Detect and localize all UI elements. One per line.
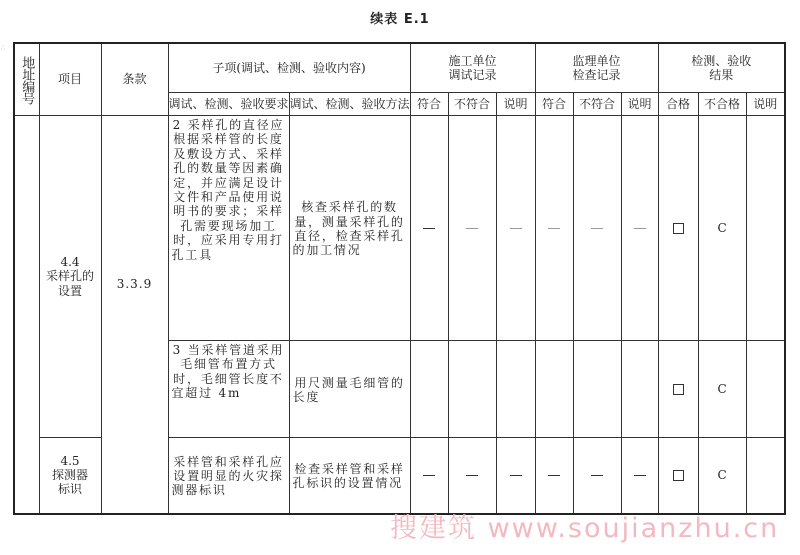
cell-result-fail: C: [698, 116, 746, 341]
cell-construction-note: [496, 116, 535, 341]
cell-result-note: [746, 116, 785, 341]
cell-address-no: [14, 116, 39, 514]
cell-result-pass[interactable]: [658, 341, 698, 438]
header-address-no-label: 地址编号: [20, 56, 33, 104]
cell-method: 检查采样管和采样孔标识的设置情况: [289, 438, 410, 514]
header-clause: 条款: [101, 43, 168, 116]
cell-supervision-conform: [535, 116, 573, 341]
cell-requirement: 2 采样孔的直径应根据采样管的长度及敷设方式、采样孔的数量等因素确定，并应满足设…: [168, 116, 289, 341]
dash-icon: [466, 475, 478, 476]
dash-icon: [510, 228, 522, 229]
cell-result-note: [746, 341, 785, 438]
dash-icon: [510, 475, 522, 476]
header-construction-line2: 调试记录: [449, 68, 497, 82]
header-result-line1: 检测、验收: [691, 54, 751, 68]
cell-result-note: [746, 438, 785, 514]
checkbox-icon[interactable]: [673, 384, 684, 395]
header-row-1: 地址编号 项目 条款 子项(调试、检测、验收内容) 施工单位 调试记录 监理单位…: [14, 43, 785, 93]
header-result-note: 说明: [746, 93, 785, 116]
header-result-pass: 合格: [658, 93, 698, 116]
cell-supervision-not-conform: [573, 438, 621, 514]
header-construction-line1: 施工单位: [449, 54, 497, 68]
header-result-line2: 结果: [709, 68, 733, 82]
cell-construction-note: [496, 438, 535, 514]
table-row: 4.4 采样孔的设置 3.3.9 2 采样孔的直径应根据采样管的长度及敷设方式、…: [14, 116, 785, 341]
checkbox-icon[interactable]: [673, 223, 684, 234]
cell-clause: 3.3.9: [101, 116, 168, 514]
cell-method: 用尺测量毛细管的长度: [289, 341, 410, 438]
watermark: 搜建筑 www.soujianzhu.cn: [390, 506, 779, 545]
table-title: 续表 E.1: [0, 8, 800, 27]
header-construction-group: 施工单位 调试记录: [410, 43, 535, 93]
cell-method: 核查采样孔的数量，测量采样孔的直径，检查采样孔的加工情况: [289, 116, 410, 341]
cell-result-fail: C: [698, 341, 746, 438]
cell-construction-not-conform: [448, 341, 496, 438]
cell-result-pass[interactable]: [658, 438, 698, 514]
dash-icon: [634, 475, 646, 476]
cell-construction-conform: [410, 341, 448, 438]
cell-result-fail: C: [698, 438, 746, 514]
checkbox-icon[interactable]: [673, 470, 684, 481]
header-result-group: 检测、验收 结果: [658, 43, 785, 93]
cell-result-pass[interactable]: [658, 116, 698, 341]
dash-icon: [548, 475, 560, 476]
dash-icon: [591, 228, 603, 229]
header-supervision-line2: 检查记录: [573, 68, 621, 82]
project-name: 探测器标识: [50, 468, 90, 497]
header-address-no: 地址编号: [14, 43, 39, 116]
header-supervision-not-conform: 不符合: [573, 93, 621, 116]
cell-construction-not-conform: [448, 116, 496, 341]
header-subitem-group: 子项(调试、检测、验收内容): [168, 43, 410, 93]
header-construction-note: 说明: [496, 93, 535, 116]
cell-requirement: 3 当采样管道采用毛细管布置方式时，毛细管长度不宜超过 4m: [168, 341, 289, 438]
header-supervision-note: 说明: [621, 93, 658, 116]
cell-supervision-note: [621, 341, 658, 438]
cell-supervision-conform: [535, 341, 573, 438]
project-number: 4.4: [60, 255, 79, 269]
cell-supervision-not-conform: [573, 341, 621, 438]
cell-supervision-not-conform: [573, 116, 621, 341]
header-supervision-group: 监理单位 检查记录: [535, 43, 658, 93]
cell-construction-conform: [410, 116, 448, 341]
header-requirement: 调试、检测、验收要求: [168, 93, 289, 116]
cell-supervision-conform: [535, 438, 573, 514]
dash-icon: [591, 475, 603, 476]
cell-construction-note: [496, 341, 535, 438]
header-construction-conform: 符合: [410, 93, 448, 116]
dash-icon: [548, 228, 560, 229]
header-supervision-line1: 监理单位: [573, 54, 621, 68]
header-result-fail: 不合格: [698, 93, 746, 116]
margin-mark: ∴: [1, 44, 5, 52]
dash-icon: [423, 228, 435, 229]
project-number: 4.5: [60, 454, 79, 468]
cell-project-4-5: 4.5 探测器标识: [39, 438, 101, 514]
dash-icon: [423, 475, 435, 476]
cell-supervision-note: [621, 438, 658, 514]
project-name: 采样孔的设置: [44, 269, 96, 298]
cell-construction-conform: [410, 438, 448, 514]
cell-construction-not-conform: [448, 438, 496, 514]
header-supervision-conform: 符合: [535, 93, 573, 116]
acceptance-table: 地址编号 项目 条款 子项(调试、检测、验收内容) 施工单位 调试记录 监理单位…: [13, 42, 786, 515]
cell-supervision-note: [621, 116, 658, 341]
dash-icon: [466, 228, 478, 229]
header-construction-not-conform: 不符合: [448, 93, 496, 116]
header-method: 调试、检测、验收方法: [289, 93, 410, 116]
cell-requirement: 采样管和采样孔应设置明显的火灾探测器标识: [168, 438, 289, 514]
dash-icon: [634, 228, 646, 229]
header-project: 项目: [39, 43, 101, 116]
cell-project-4-4: 4.4 采样孔的设置: [39, 116, 101, 438]
